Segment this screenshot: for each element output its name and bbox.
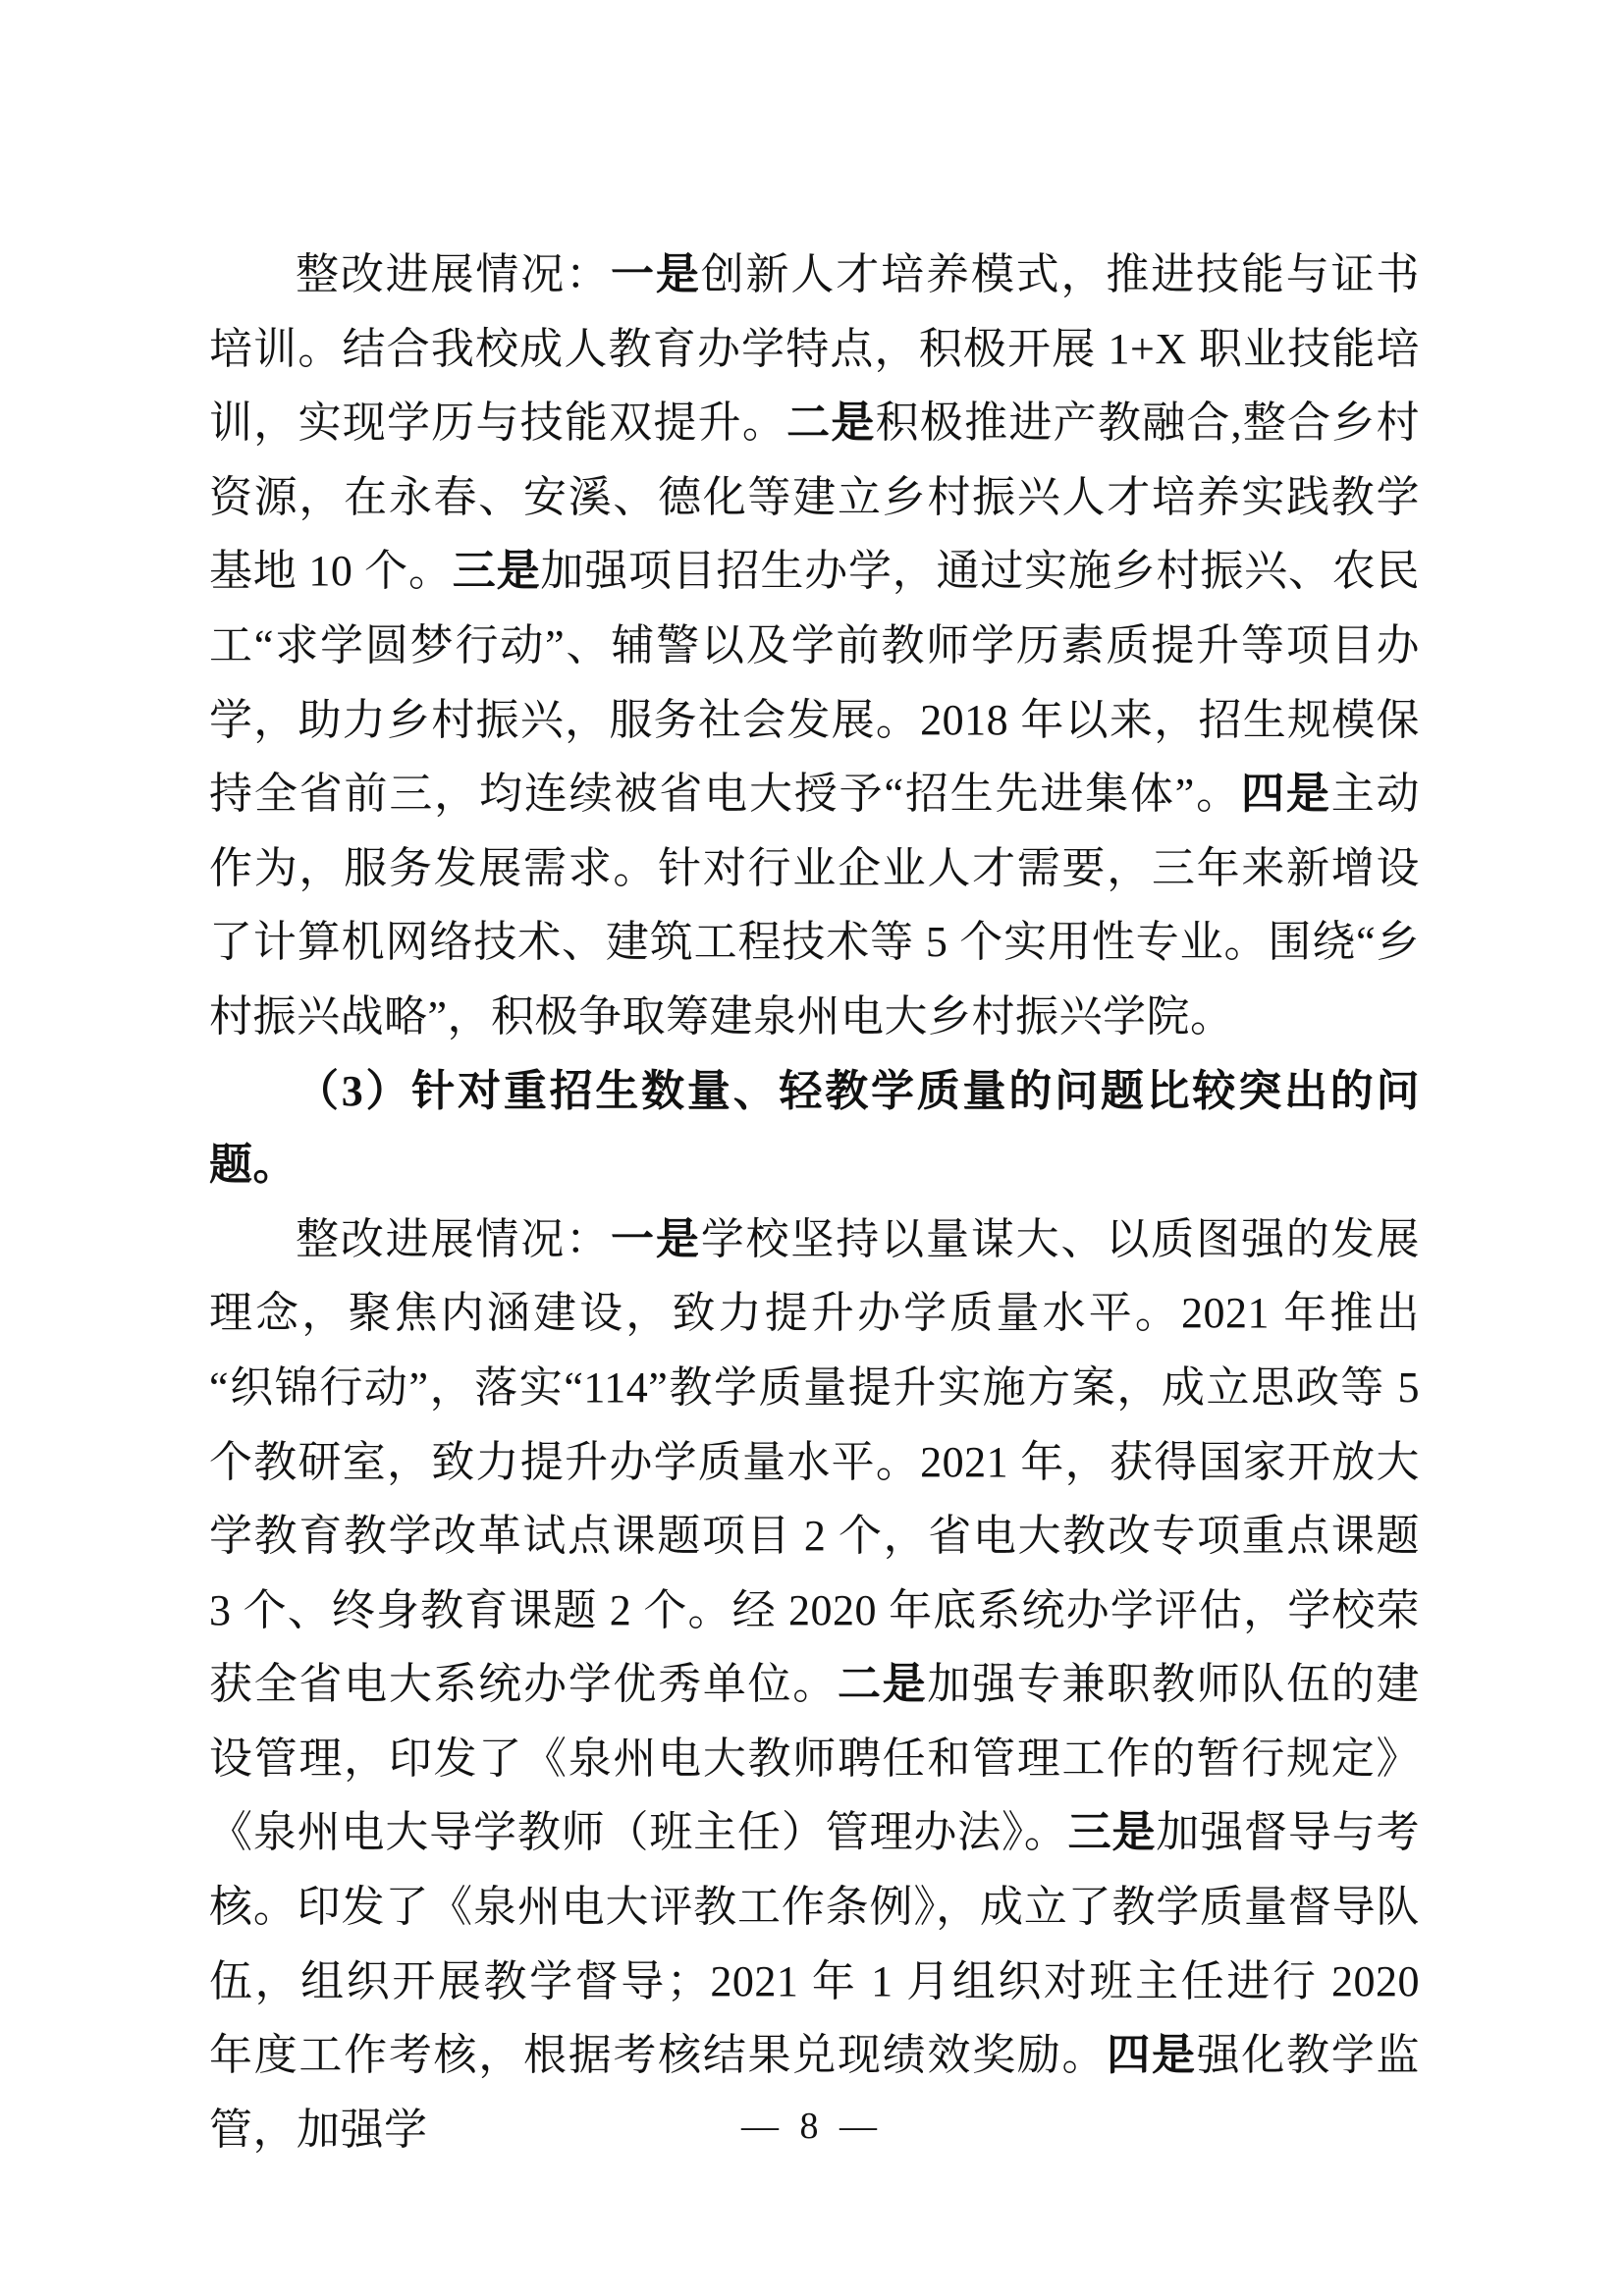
emphasis-segment: 三是	[1068, 1808, 1157, 1856]
document-body: 整改进展情况：一是创新人才培养模式，推进技能与证书培训。结合我校成人教育办学特点…	[209, 238, 1420, 2166]
emphasis-segment: 四是	[1241, 770, 1331, 818]
emphasis-segment: 一是	[611, 250, 701, 298]
emphasis-segment: 一是	[611, 1215, 701, 1263]
paragraph: 整改进展情况：一是学校坚持以量谋大、以质图强的发展理念，聚焦内涵建设，致力提升办…	[209, 1202, 1420, 2167]
emphasis-segment: 四是	[1107, 2031, 1196, 2079]
document-page: 整改进展情况：一是创新人才培养模式，推进技能与证书培训。结合我校成人教育办学特点…	[0, 0, 1624, 2296]
emphasis-segment: （3）针对重招生数量、轻教学质量的问题比较突出的问题。	[209, 1067, 1420, 1190]
paragraph: 整改进展情况：一是创新人才培养模式，推进技能与证书培训。结合我校成人教育办学特点…	[209, 238, 1420, 1054]
section-heading: （3）针对重招生数量、轻教学质量的问题比较突出的问题。	[209, 1054, 1420, 1202]
text-segment: 整改进展情况：	[296, 1215, 611, 1263]
page-number: — 8 —	[0, 2101, 1624, 2152]
text-segment: 整改进展情况：	[296, 250, 611, 298]
emphasis-segment: 二是	[786, 399, 875, 447]
text-segment: 学校坚持以量谋大、以质图强的发展理念，聚焦内涵建设，致力提升办学质量水平。202…	[209, 1215, 1420, 1709]
emphasis-segment: 三是	[453, 547, 541, 595]
emphasis-segment: 二是	[838, 1660, 927, 1708]
